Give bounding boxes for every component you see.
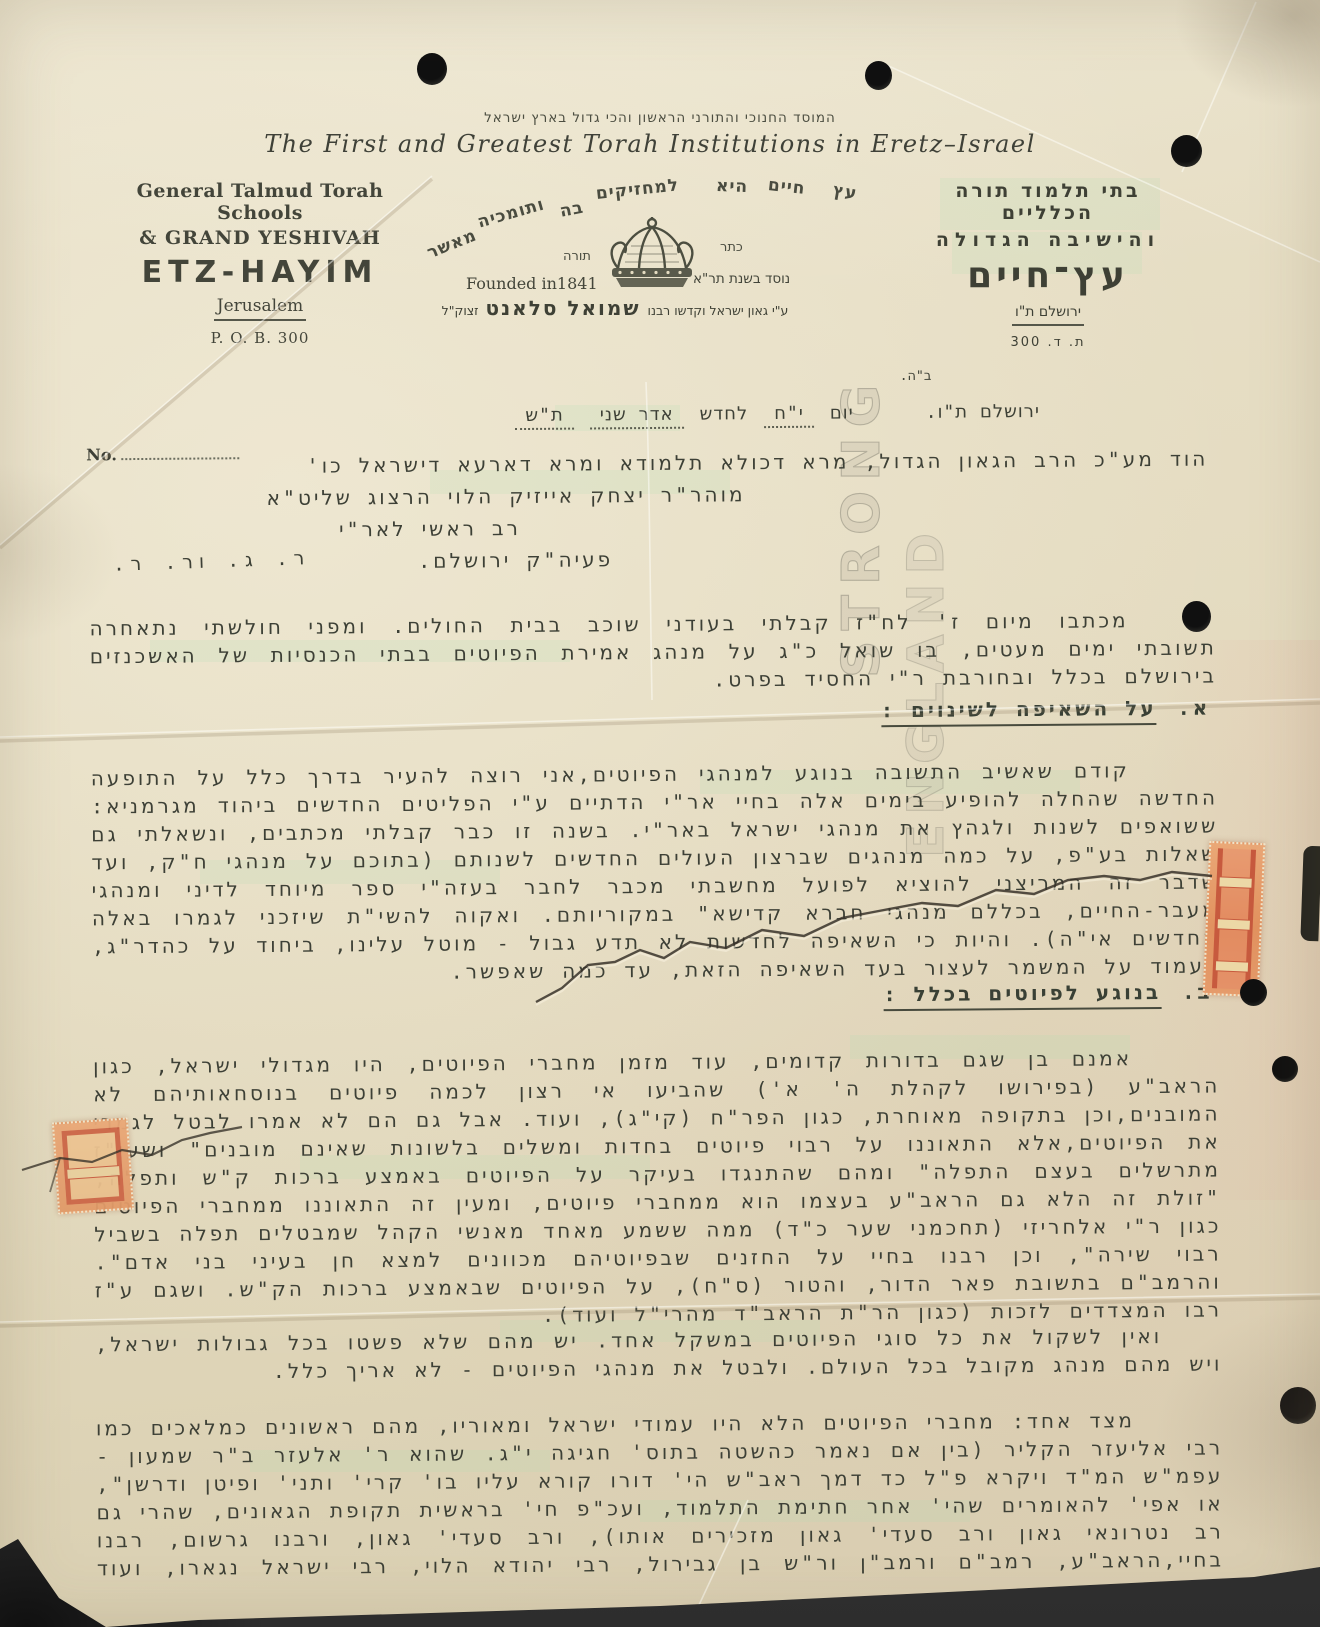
recipient-line-4: פעיה"ק ירושלם.: [418, 547, 613, 573]
paragraph-1: מכתבו מיום ז' לח"ז קבלתי בעודני שוכב בבי…: [90, 606, 1218, 699]
punch-hole: [1272, 1056, 1298, 1082]
date-month-value: אדר שני: [590, 404, 684, 430]
section-heading-a: א. על השאיפה לשינוים :: [881, 696, 1211, 723]
section-b-title: בנוגע לפיוטים בכלל :: [883, 980, 1161, 1011]
letter-paper: STRONG ENGLAND המוסד החנוכי והתורני הראש…: [0, 0, 1320, 1627]
letter-body: ב"ה. ירושלם ת"ו. יום י"ח לחדש אדר שני ת"…: [0, 0, 1320, 1627]
date-year-value: ת"ש: [515, 405, 574, 430]
repair-stamp-left: [52, 1117, 134, 1214]
paragraph-3: אמנם בן שגם בדורות קדומים, עוד מזמן מחבר…: [93, 1044, 1222, 1333]
punch-hole: [1171, 135, 1202, 167]
date-day-value: י"ח: [764, 403, 814, 428]
punch-hole: [417, 53, 447, 85]
paragraph-2: קודם שאשיב התשובה בנוגע למנהגי הפיוטים,א…: [91, 756, 1220, 989]
date-month-label: לחדש: [700, 403, 749, 424]
section-a-title: על השאיפה לשינוים :: [881, 696, 1157, 727]
repair-stamp-right: [1203, 841, 1266, 997]
recipient-line-2: מוהר"ר יצחק אייזיק הלוי הרצוג שליט"א: [266, 482, 745, 510]
stamp-bar: [1218, 919, 1250, 929]
date-day-label: יום: [830, 402, 854, 423]
no-blank-line: [121, 457, 239, 460]
stamp-bar: [1219, 877, 1251, 887]
section-a-marker: א.: [1178, 696, 1211, 720]
date-city: ירושלם ת"ו.: [926, 401, 1040, 423]
recipient-line-1: הוד מע"כ הרב הגאון הגדול, מרא דכולא תלמו…: [307, 447, 1209, 478]
no-label: No.: [86, 445, 117, 464]
date-line: ירושלם ת"ו. יום י"ח לחדש אדר שני ת"ש: [515, 401, 1040, 430]
salutation: ר. ג. ור. ר.: [113, 547, 311, 576]
punch-hole: [1182, 601, 1211, 632]
reference-number-field: No.: [86, 444, 239, 464]
bsd-mark: ב"ה.: [900, 369, 932, 384]
paragraph-4: ואין לשקול את כל סוגי הפיוטים במשקל אחד.…: [95, 1322, 1222, 1387]
recipient-line-3: רב ראשי לאר"י: [339, 516, 521, 541]
paragraph-5: מצד אחד: מחברי הפיוטים הלא היו עמודי ישר…: [96, 1406, 1225, 1611]
section-heading-b: ב. בנוגע לפיוטים בכלל :: [883, 980, 1212, 1007]
punch-hole: [1280, 1387, 1316, 1424]
stamp-bar: [1216, 961, 1248, 971]
torn-edge-notch: [1300, 846, 1320, 942]
punch-hole: [1240, 979, 1267, 1006]
scanned-letter: STRONG ENGLAND המוסד החנוכי והתורני הראש…: [0, 0, 1320, 1627]
punch-hole: [865, 61, 892, 90]
